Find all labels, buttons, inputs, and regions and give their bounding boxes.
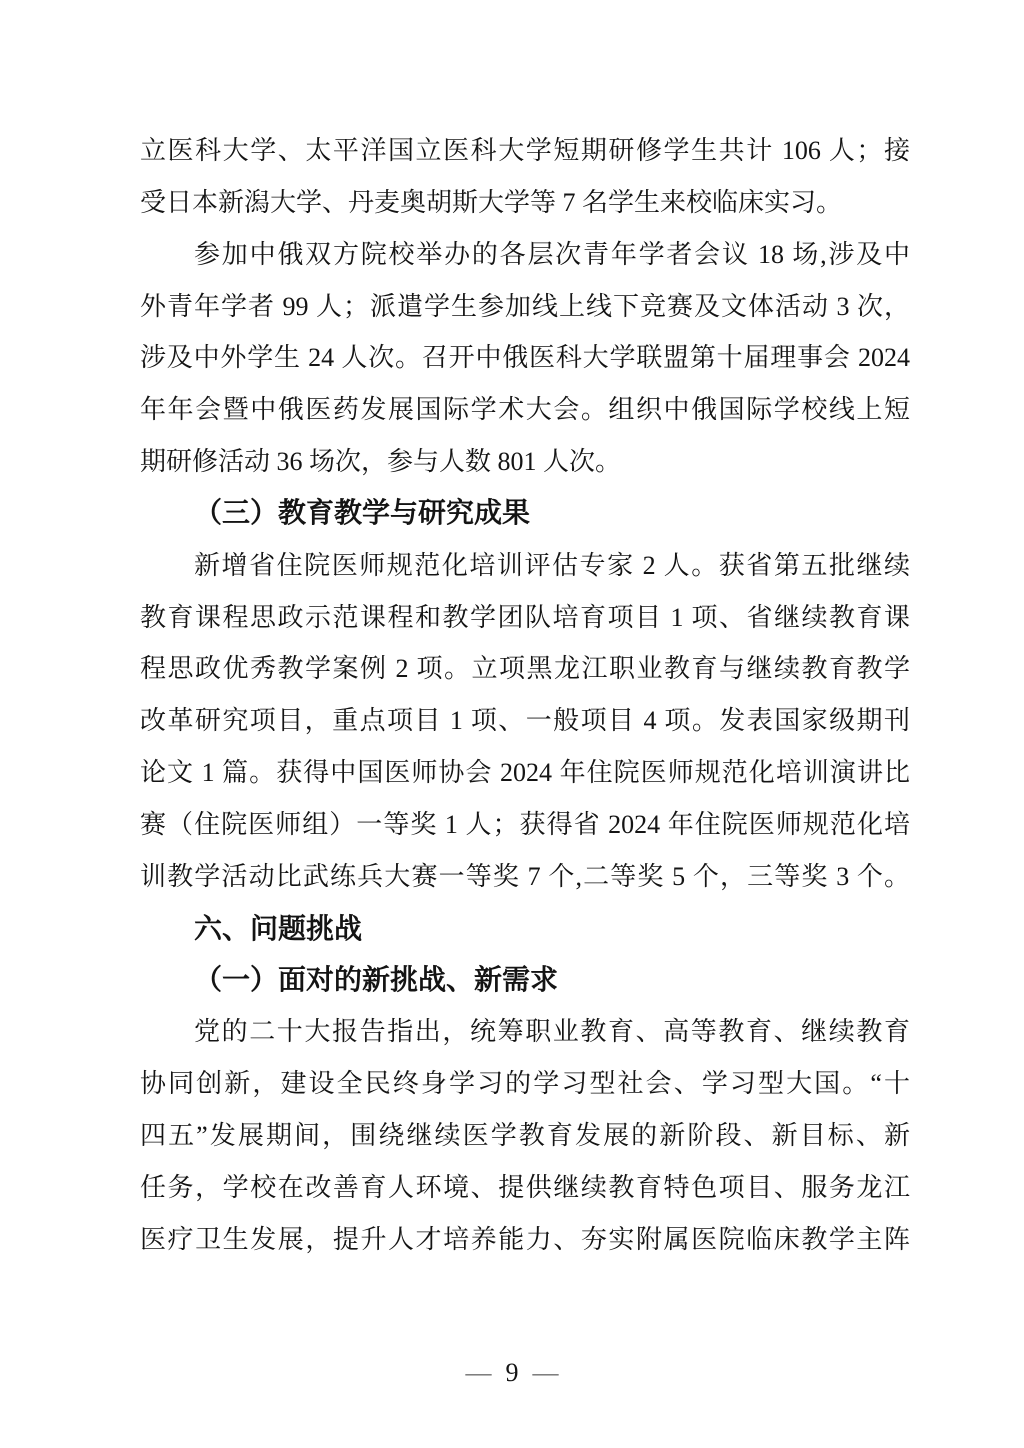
- body-line: 四五”发展期间，围绕继续医学教育发展的新阶段、新目标、新: [140, 1110, 910, 1162]
- heading-new-challenges-demands: （一）面对的新挑战、新需求: [140, 955, 910, 1007]
- body-line-paragraph-end: 期研修活动 36 场次，参与人数 801 人次。: [140, 436, 910, 488]
- body-line: 任务，学校在改善育人环境、提供继续教育特色项目、服务龙江: [140, 1162, 910, 1214]
- body-line: 立医科大学、太平洋国立医科大学短期研修学生共计 106 人；接: [140, 125, 910, 177]
- body-line: 涉及中外学生 24 人次。召开中俄医科大学联盟第十届理事会 2024: [140, 332, 910, 384]
- body-line: 年年会暨中俄医药发展国际学术大会。组织中俄国际学校线上短: [140, 384, 910, 436]
- body-line: 赛（住院医师组）一等奖 1 人；获得省 2024 年住院医师规范化培: [140, 799, 910, 851]
- heading-problems-challenges: 六、问题挑战: [140, 903, 910, 955]
- body-line: 教育课程思政示范课程和教学团队培育项目 1 项、省继续教育课: [140, 592, 910, 644]
- body-line: 外青年学者 99 人；派遣学生参加线上线下竞赛及文体活动 3 次，: [140, 281, 910, 333]
- footer-left-dash: —: [452, 1358, 506, 1387]
- page-text-block: 立医科大学、太平洋国立医科大学短期研修学生共计 106 人；接 受日本新潟大学、…: [140, 125, 910, 1266]
- document-page: 立医科大学、太平洋国立医科大学短期研修学生共计 106 人；接 受日本新潟大学、…: [0, 0, 1024, 1448]
- body-line-paragraph-end: 训教学活动比武练兵大赛一等奖 7 个,二等奖 5 个，三等奖 3 个。: [140, 851, 910, 903]
- body-line-paragraph-start: 参加中俄双方院校举办的各层次青年学者会议 18 场,涉及中: [140, 229, 910, 281]
- body-line-paragraph-start: 党的二十大报告指出，统筹职业教育、高等教育、继续教育: [140, 1006, 910, 1058]
- body-line: 改革研究项目，重点项目 1 项、一般项目 4 项。发表国家级期刊: [140, 695, 910, 747]
- body-line-paragraph-start: 新增省住院医师规范化培训评估专家 2 人。获省第五批继续: [140, 540, 910, 592]
- body-line: 论文 1 篇。获得中国医师协会 2024 年住院医师规范化培训演讲比: [140, 747, 910, 799]
- body-line: 程思政优秀教学案例 2 项。立项黑龙江职业教育与继续教育教学: [140, 643, 910, 695]
- page-footer: —9—: [0, 1352, 1024, 1394]
- footer-right-dash: —: [519, 1358, 573, 1387]
- heading-education-teaching-research: （三）教育教学与研究成果: [140, 488, 910, 540]
- body-line: 医疗卫生发展，提升人才培养能力、夯实附属医院临床教学主阵: [140, 1214, 910, 1266]
- body-line: 协同创新，建设全民终身学习的学习型社会、学习型大国。“十: [140, 1058, 910, 1110]
- body-line-paragraph-end: 受日本新潟大学、丹麦奥胡斯大学等 7 名学生来校临床实习。: [140, 177, 910, 229]
- page-number: 9: [506, 1358, 519, 1387]
